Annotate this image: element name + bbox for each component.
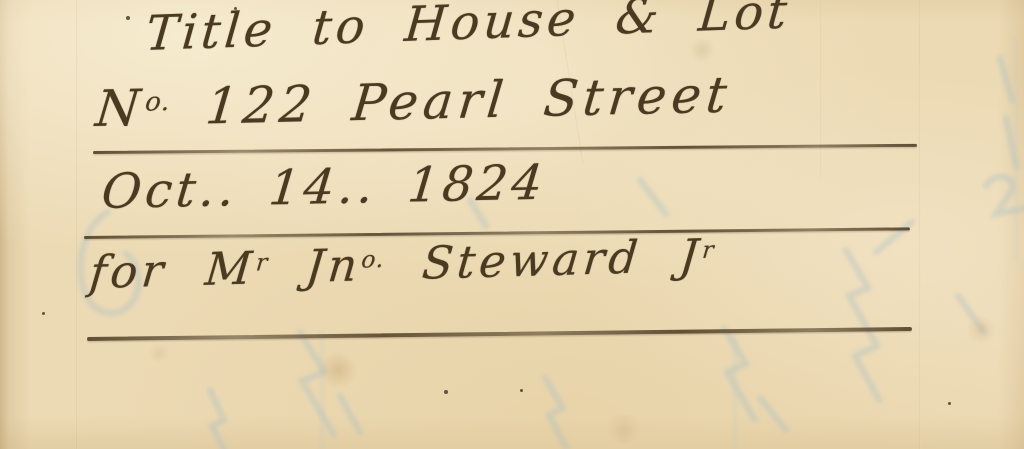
ink-speck [520, 389, 523, 392]
line-text: N [93, 79, 148, 138]
paper-stain [604, 414, 644, 444]
ghost-mark [210, 390, 224, 449]
ghost-mark [340, 396, 360, 432]
ink-bleedthrough-layer [0, 0, 1024, 449]
line-text: Oct.. 14.. 1824 [99, 155, 549, 220]
superscript-abbreviation: o. [144, 87, 172, 118]
ghost-mark [986, 177, 1024, 214]
line-text: Steward J [382, 229, 705, 291]
superscript-abbreviation: o. [360, 245, 386, 274]
paper-crease-right [919, 0, 921, 449]
paper-stain [966, 316, 996, 344]
ghost-mark [545, 378, 566, 447]
line-text: for M [87, 241, 258, 299]
ink-speck [444, 390, 448, 394]
paper-crease-upper-right [820, 0, 822, 178]
ink-speck [948, 402, 951, 405]
manuscript-line-date: Oct.. 14.. 1824 [99, 155, 549, 220]
ghost-mark [760, 398, 786, 430]
ghost-mark [640, 180, 666, 214]
line-text: Jn [265, 238, 363, 294]
paper-stain [148, 344, 170, 362]
ghost-mark [724, 328, 755, 420]
manuscript-page: Title to House & Lot No. 122 Pearl Stree… [0, 0, 1024, 449]
paper-stain [318, 352, 358, 388]
ghost-mark [1000, 58, 1012, 100]
ink-speck [126, 16, 130, 20]
ghost-mark [846, 250, 879, 400]
ink-speck [42, 312, 45, 315]
paper-crease-left [76, 0, 78, 449]
